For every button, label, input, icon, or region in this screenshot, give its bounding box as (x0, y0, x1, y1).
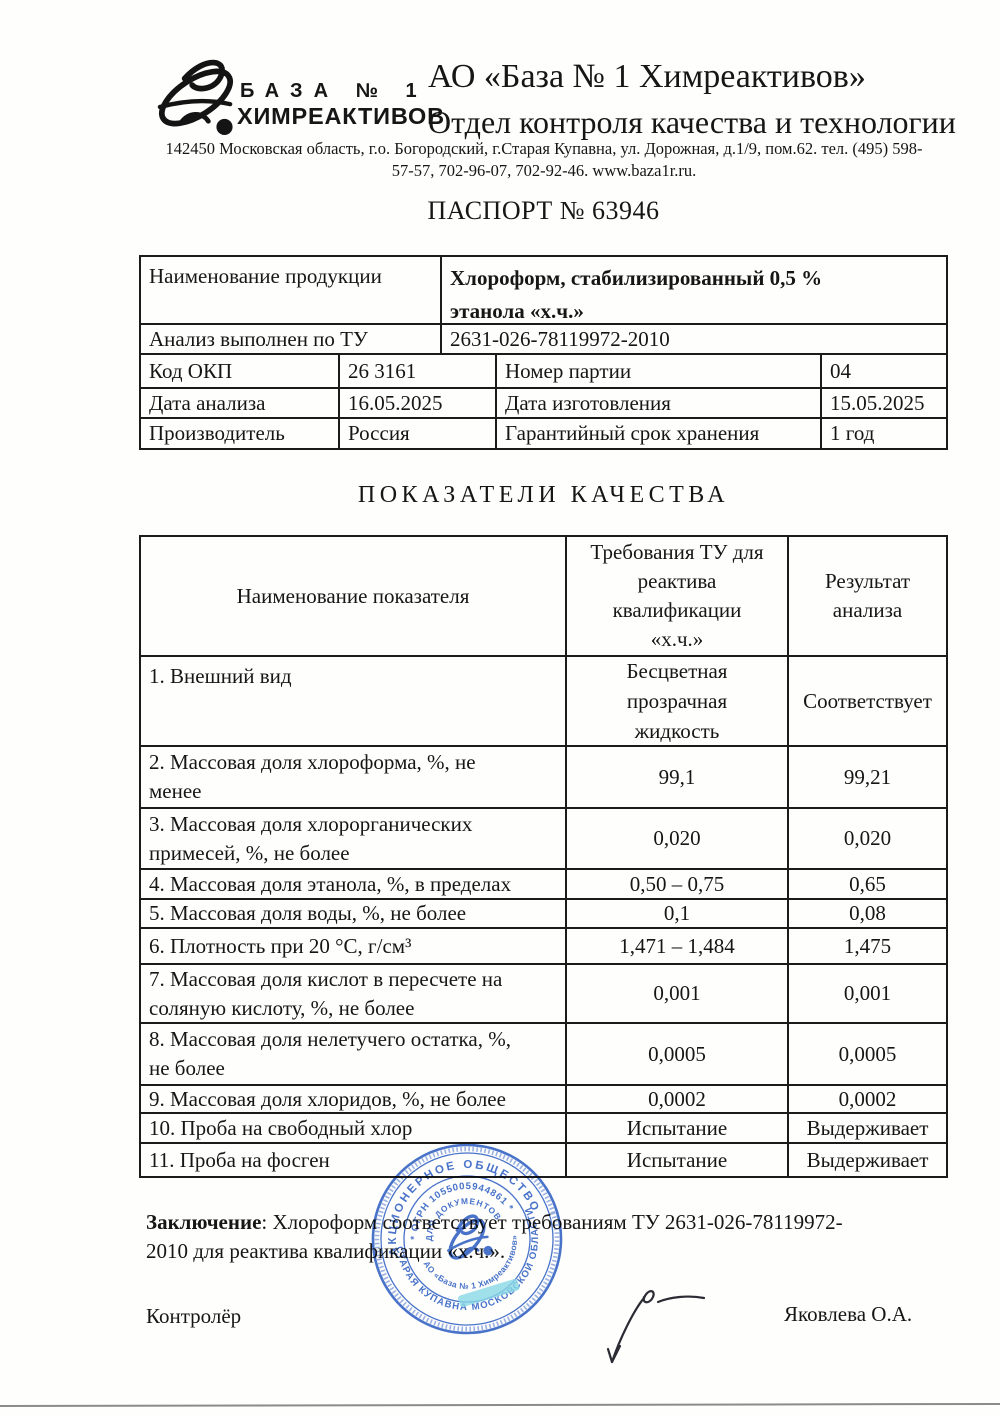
conclusion-label: Заключение (146, 1210, 261, 1234)
indicator-requirement: 0,0002 (565, 1084, 789, 1114)
indicator-result: 0,08 (787, 898, 948, 929)
indicator-requirement: 1,471 – 1,484 (565, 927, 789, 965)
analysis-date-value: 16.05.2025 (338, 387, 497, 419)
indicator-requirement: 0,020 (565, 807, 789, 870)
indicator-result: 0,001 (787, 963, 948, 1024)
indicator-name: 5. Массовая доля воды, %, не более (139, 898, 567, 929)
quality-table: Наименование показателя Требования ТУ дл… (139, 535, 948, 1178)
indicator-result: Выдерживает (787, 1112, 948, 1144)
org-address: 142450 Московская область, г.о. Богородс… (120, 138, 968, 182)
shelf-life-value: 1 год (820, 417, 948, 450)
scan-edge-line (0, 1403, 1000, 1407)
signature-icon (598, 1276, 716, 1368)
col-header-name: Наименование показателя (139, 535, 567, 657)
indicator-name: 7. Массовая доля кислот в пересчете на с… (139, 963, 567, 1024)
col-header-requirement: Требования ТУ для реактива квалификации … (565, 535, 789, 657)
indicator-name: 1. Внешний вид (139, 655, 567, 747)
indicator-name: 6. Плотность при 20 °С, г/см³ (139, 927, 567, 965)
indicator-result: 0,65 (787, 868, 948, 900)
indicator-result: 0,0002 (787, 1084, 948, 1114)
table-header-row: Наименование показателя Требования ТУ дл… (139, 535, 948, 657)
table-row: 8. Массовая доля нелетучего остатка, %, … (139, 1022, 948, 1086)
logo-text-line1: БАЗА № 1 (240, 80, 428, 103)
manufacturer-value: Россия (338, 417, 497, 450)
analysis-date-label: Дата анализа (139, 387, 340, 419)
indicator-requirement: 99,1 (565, 745, 789, 809)
indicator-result: 99,21 (787, 745, 948, 809)
shelf-life-label: Гарантийный срок хранения (495, 417, 822, 450)
table-row: 6. Плотность при 20 °С, г/см³ 1,471 – 1,… (139, 927, 948, 965)
indicator-name: 8. Массовая доля нелетучего остатка, %, … (139, 1022, 567, 1086)
indicator-result: 0,0005 (787, 1022, 948, 1086)
logo-text-line2: ХИМРЕАКТИВОВ (237, 103, 445, 130)
table-row: 4. Массовая доля этанола, %, в пределах … (139, 868, 948, 900)
passport-document: БАЗА № 1 ХИМРЕАКТИВОВ АО «База № 1 Химре… (0, 0, 1000, 1415)
mfg-date-label: Дата изготовления (495, 387, 822, 419)
product-name-label: Наименование продукции (139, 255, 442, 325)
indicator-name: 9. Массовая доля хлоридов, %, не более (139, 1084, 567, 1114)
indicator-result: Соответствует (787, 655, 948, 747)
tu-label: Анализ выполнен по ТУ (139, 323, 442, 355)
table-row: 1. Внешний вид Бесцветная прозрачная жид… (139, 655, 948, 747)
indicator-requirement: 0,001 (565, 963, 789, 1024)
table-row: 9. Массовая доля хлоридов, %, не более 0… (139, 1084, 948, 1114)
product-info-table: Наименование продукции Хлороформ, стабил… (139, 255, 948, 450)
indicator-requirement: 0,50 – 0,75 (565, 868, 789, 900)
table-row: 7. Массовая доля кислот в пересчете на с… (139, 963, 948, 1024)
manufacturer-label: Производитель (139, 417, 340, 450)
org-dept: Отдел контроля качества и технологии (428, 104, 956, 141)
indicator-result: 0,020 (787, 807, 948, 870)
table-row: 2. Массовая доля хлороформа, %, не менее… (139, 745, 948, 809)
batch-value: 04 (820, 353, 948, 389)
stamp-seal-icon: АКЦИОНЕРНОЕ ОБЩЕСТВО СТАРАЯ КУПАВНА МОСК… (368, 1140, 566, 1338)
indicator-requirement: 0,1 (565, 898, 789, 929)
company-logo-icon (146, 50, 246, 145)
indicator-requirement: Бесцветная прозрачная жидкость (565, 655, 789, 747)
indicator-requirement: Испытание (565, 1112, 789, 1144)
indicator-requirement: 0,0005 (565, 1022, 789, 1086)
indicator-requirement: Испытание (565, 1142, 789, 1178)
indicator-name: 4. Массовая доля этанола, %, в пределах (139, 868, 567, 900)
indicator-result: Выдерживает (787, 1142, 948, 1178)
table-row: Наименование продукции Хлороформ, стабил… (139, 255, 948, 325)
org-title: АО «База № 1 Химреактивов» (428, 58, 866, 96)
stamp-center-logo-icon (437, 1211, 498, 1267)
table-row: Производитель Россия Гарантийный срок хр… (139, 417, 948, 450)
okp-label: Код ОКП (139, 353, 340, 389)
indicator-name: 3. Массовая доля хлорорганических примес… (139, 807, 567, 870)
batch-label: Номер партии (495, 353, 822, 389)
table-row: 3. Массовая доля хлорорганических примес… (139, 807, 948, 870)
mfg-date-value: 15.05.2025 (820, 387, 948, 419)
controller-label: Контролёр (146, 1304, 241, 1329)
passport-title: ПАСПОРТ № 63946 (139, 196, 948, 226)
okp-value: 26 3161 (338, 353, 497, 389)
product-name-value: Хлороформ, стабилизированный 0,5 % этано… (440, 255, 948, 325)
indicator-result: 1,475 (787, 927, 948, 965)
table-row: 5. Массовая доля воды, %, не более 0,1 0… (139, 898, 948, 929)
indicator-name: 2. Массовая доля хлороформа, %, не менее (139, 745, 567, 809)
quality-section-title: ПОКАЗАТЕЛИ КАЧЕСТВА (139, 482, 948, 509)
tu-value: 2631-026-78119972-2010 (440, 323, 948, 355)
controller-name: Яковлева О.А. (784, 1302, 912, 1327)
table-row: Дата анализа 16.05.2025 Дата изготовлени… (139, 387, 948, 419)
table-row: Код ОКП 26 3161 Номер партии 04 (139, 353, 948, 389)
table-row: Анализ выполнен по ТУ 2631-026-78119972-… (139, 323, 948, 355)
col-header-result: Результат анализа (787, 535, 948, 657)
